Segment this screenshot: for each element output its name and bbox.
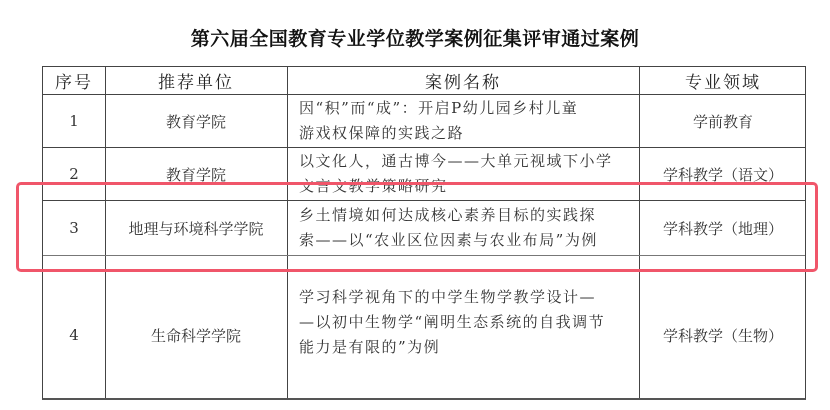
row-1-unit: 教育学院 <box>105 95 287 147</box>
row-3-index: 3 <box>43 201 105 255</box>
row-4-unit: 生命科学学院 <box>105 271 287 399</box>
row-2-unit: 教育学院 <box>105 148 287 200</box>
row-3-unit: 地理与环境科学学院 <box>105 201 287 255</box>
row-3-case-name: 乡土情境如何达成核心素养目标的实践探 索——以“农业区位因素与农业布局”为例 <box>287 201 639 255</box>
row-1-case-name: 因“积”而“成”：开启P幼儿园乡村儿童 游戏权保障的实践之路 <box>287 95 639 147</box>
case-line: 索——以“农业区位因素与农业布局”为例 <box>299 228 598 253</box>
header-unit: 推荐单位 <box>105 67 287 94</box>
case-line: 文言文教学策略研究 <box>299 174 613 199</box>
case-line: 能力是有限的”为例 <box>299 335 605 360</box>
case-line: 学习科学视角下的中学生物学教学设计— <box>299 285 605 310</box>
row-divider <box>43 255 805 256</box>
header-field: 专业领域 <box>639 67 807 94</box>
row-4-case-name: 学习科学视角下的中学生物学教学设计— —以初中生物学“阐明生态系统的自我调节 能… <box>287 271 639 399</box>
header-case-name: 案例名称 <box>287 67 639 94</box>
cases-table: 序号 推荐单位 案例名称 专业领域 1 教育学院 因“积”而“成”：开启P幼儿园… <box>42 66 806 400</box>
case-line: 乡土情境如何达成核心素养目标的实践探 <box>299 203 598 228</box>
case-line: 因“积”而“成”：开启P幼儿园乡村儿童 <box>299 96 578 121</box>
case-line: 以文化人，通古博今——大单元视域下小学 <box>299 149 613 174</box>
row-2-case-name: 以文化人，通古博今——大单元视域下小学 文言文教学策略研究 <box>287 148 639 200</box>
row-2-field: 学科教学（语文） <box>639 148 807 200</box>
header-index: 序号 <box>43 67 105 94</box>
row-2-index: 2 <box>43 148 105 200</box>
row-1-index: 1 <box>43 95 105 147</box>
document-title: 第六届全国教育专业学位教学案例征集评审通过案例 <box>0 24 830 51</box>
row-4-field: 学科教学（生物） <box>639 271 807 399</box>
row-3-field: 学科教学（地理） <box>639 201 807 255</box>
row-4-index: 4 <box>43 271 105 399</box>
case-line: 游戏权保障的实践之路 <box>299 121 578 146</box>
row-1-field: 学前教育 <box>639 95 807 147</box>
case-line: —以初中生物学“阐明生态系统的自我调节 <box>299 310 605 335</box>
